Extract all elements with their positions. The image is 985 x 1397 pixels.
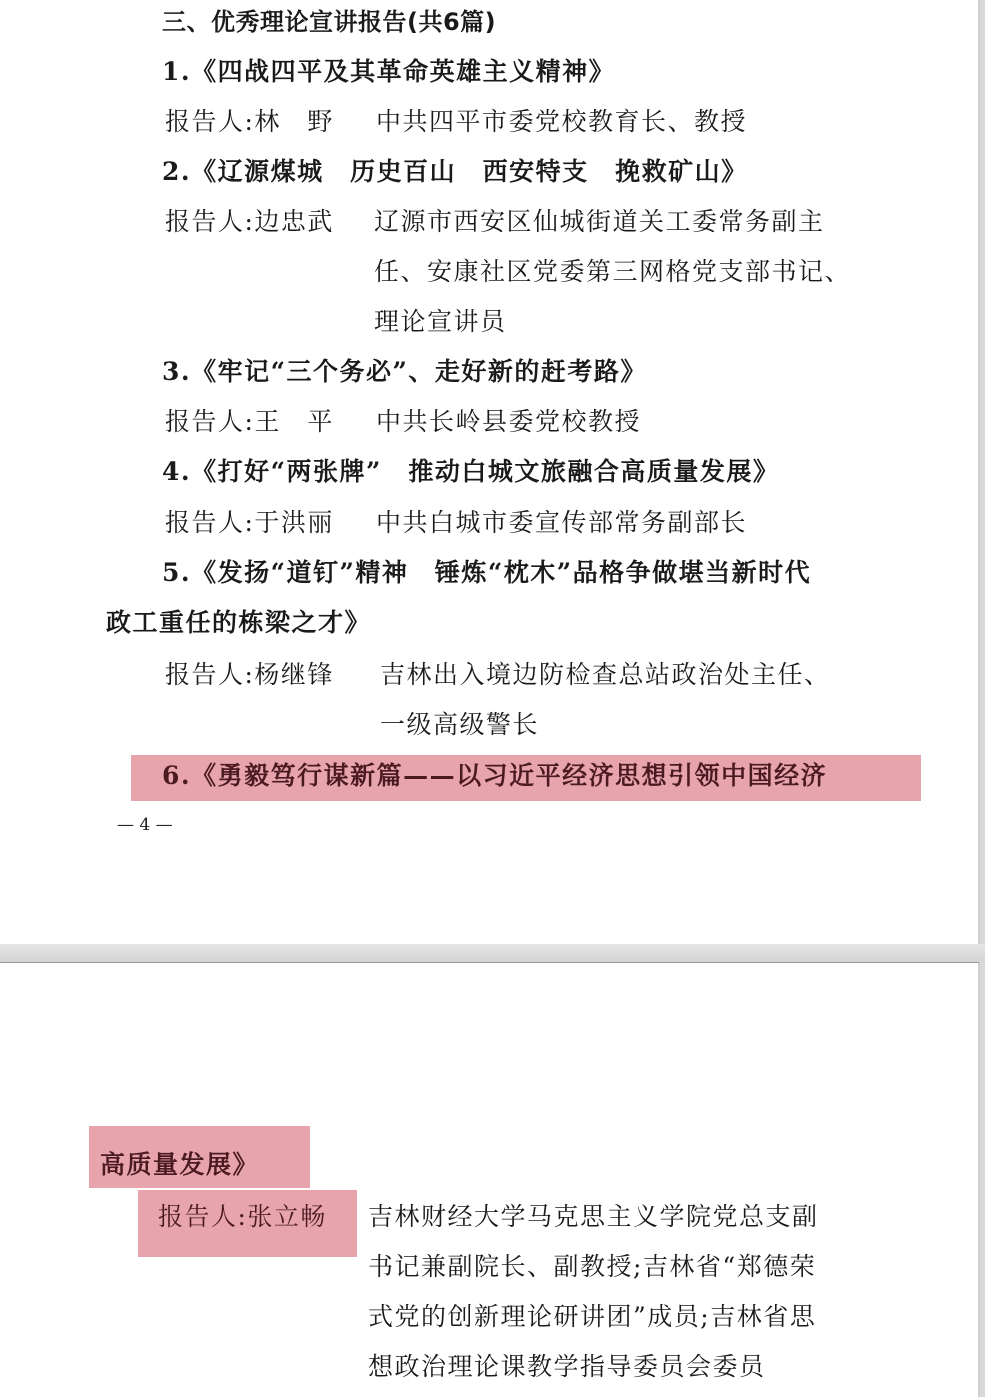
report-title-6-line-1: 6.《勇毅笃行谋新篇——以习近平经济思想引领中国经济 bbox=[162, 760, 827, 792]
report-title-5-line-2: 政工重任的栋梁之才》 bbox=[106, 607, 371, 639]
reporter-bio-2-line-2: 任、安康社区党委第三网格党支部书记、 bbox=[374, 256, 851, 288]
report-title-1: 1.《四战四平及其革命英雄主义精神》 bbox=[162, 56, 615, 88]
report-title-6-line-2: 高质量发展》 bbox=[100, 1149, 259, 1181]
document-page-5: 高质量发展》 报告人:张立畅 吉林财经大学马克思主义学院党总支副 书记兼副院长、… bbox=[0, 962, 980, 1397]
reporter-label-3: 报告人:王 平 bbox=[165, 406, 334, 438]
reporter-label-4: 报告人:于洪丽 bbox=[165, 507, 334, 539]
reporter-bio-4: 中共白城市委宣传部常务副部长 bbox=[376, 507, 747, 539]
report-title-4: 4.《打好“两张牌” 推动白城文旅融合高质量发展》 bbox=[162, 456, 779, 488]
reporter-bio-1: 中共四平市委党校教育长、教授 bbox=[376, 106, 747, 138]
report-title-5-line-1: 5.《发扬“道钉”精神 锤炼“枕木”品格争做堪当新时代 bbox=[162, 557, 811, 589]
reporter-bio-6-line-3: 式党的创新理论研讲团”成员;吉林省思 bbox=[368, 1301, 816, 1333]
reporter-label-1: 报告人:林 野 bbox=[165, 106, 334, 138]
report-title-2: 2.《辽源煤城 历史百山 西安特支 挽救矿山》 bbox=[162, 156, 748, 188]
reporter-bio-5-line-1: 吉林出入境边防检查总站政治处主任、 bbox=[380, 659, 831, 691]
reporter-label-2: 报告人:边忠武 bbox=[165, 206, 334, 238]
page-separator bbox=[0, 944, 985, 962]
reporter-bio-5-line-2: 一级高级警长 bbox=[380, 709, 539, 741]
section-heading: 三、优秀理论宣讲报告(共6篇) bbox=[162, 6, 496, 38]
reporter-label-6: 报告人:张立畅 bbox=[158, 1201, 327, 1233]
page-number: — 4 — bbox=[117, 815, 173, 835]
reporter-bio-6-line-4: 想政治理论课教学指导委员会委员 bbox=[368, 1351, 766, 1383]
reporter-bio-6-line-2: 书记兼副院长、副教授;吉林省“郑德荣 bbox=[368, 1251, 816, 1283]
reporter-bio-2-line-1: 辽源市西安区仙城街道关工委常务副主 bbox=[374, 206, 825, 238]
document-page-4: 三、优秀理论宣讲报告(共6篇) 1.《四战四平及其革命英雄主义精神》 报告人:林… bbox=[0, 0, 980, 944]
reporter-label-5: 报告人:杨继锋 bbox=[165, 659, 334, 691]
reporter-bio-6-line-1: 吉林财经大学马克思主义学院党总支副 bbox=[368, 1201, 819, 1233]
reporter-bio-3: 中共长岭县委党校教授 bbox=[376, 406, 641, 438]
reporter-bio-2-line-3: 理论宣讲员 bbox=[374, 306, 507, 338]
report-title-3: 3.《牢记“三个务必”、走好新的赶考路》 bbox=[162, 356, 647, 388]
